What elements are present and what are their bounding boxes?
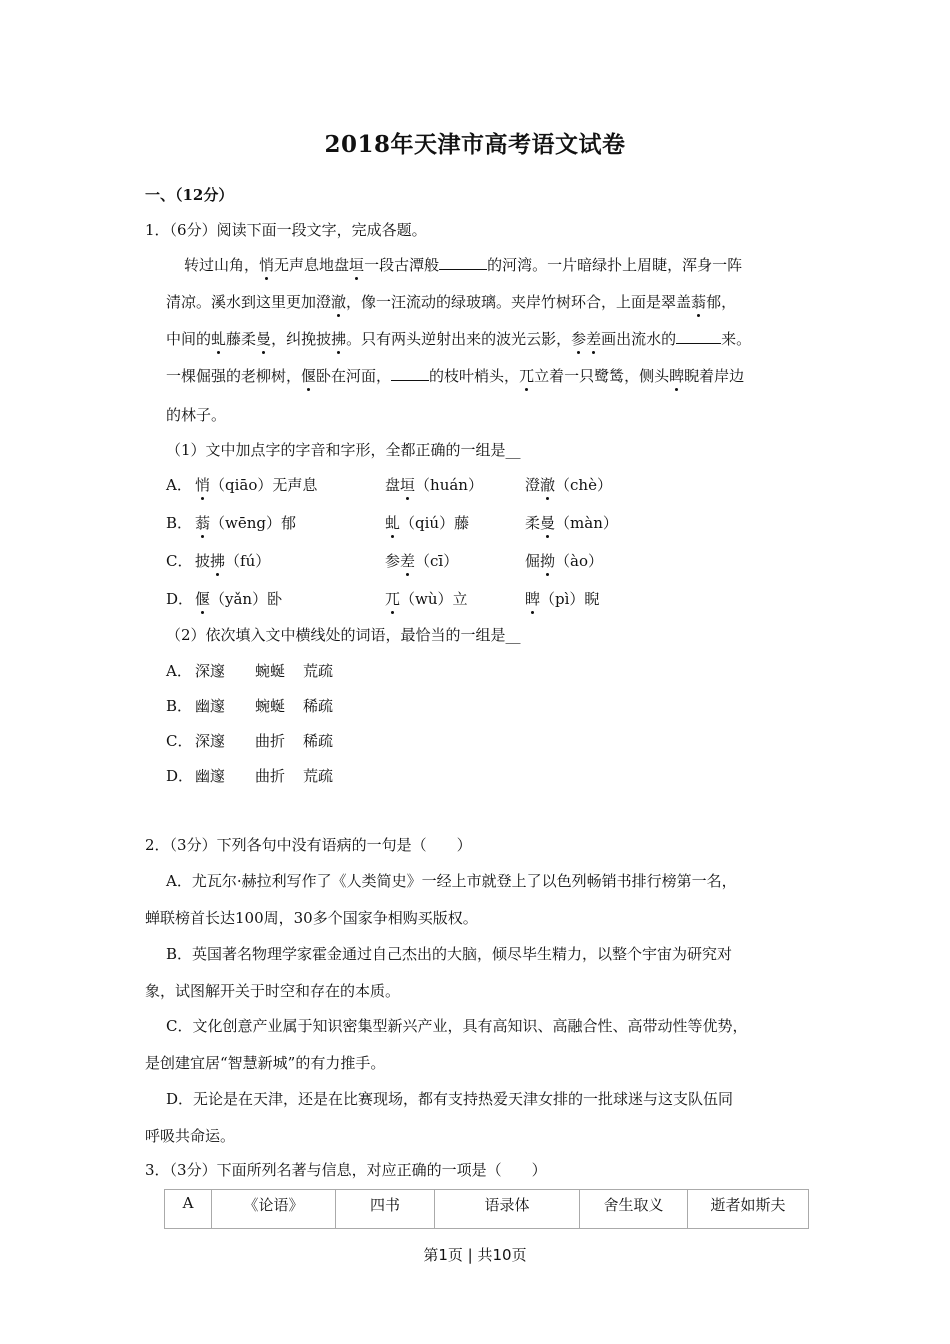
question-1-stem: 1．（6分）阅读下面一段文字，完成各题。 [145,219,427,240]
option-word: 幽邃 [195,695,225,716]
q2-option-b-line1: B．英国著名物理学家霍金通过自己杰出的大脑，倾尽毕生精力，以整个宇宙为研究对 [166,943,732,964]
text: 藤柔 [226,330,256,348]
page-title: 2018年天津市高考语文试卷 [0,126,950,159]
option-item: 睥（pì）睨 [525,588,599,609]
option-letter: A． [166,660,192,681]
dotted-char: 蓊 [691,291,706,312]
q3-table: A 《论语》 四书 语录体 舍生取义 逝者如斯夫 [164,1189,809,1229]
dotted-char: 澈 [331,291,346,312]
dotted-char: 偃 [301,365,316,386]
table-cell: A [165,1190,212,1229]
dotted-char: 曼 [256,328,271,349]
table-cell: 《论语》 [212,1190,336,1229]
option-item: 虬（qiú）藤 [385,512,469,533]
passage-line-4: 一棵倔强的老柳树，偃卧在河面，的枝叶梢头，兀立着一只鹭鸶，侧头睥睨着岸边 [166,365,744,386]
text: ，纠挽披 [271,330,331,348]
option-word: 深邃 [195,660,225,681]
option-word: 深邃 [195,730,225,751]
fill-blank-2 [676,329,721,344]
text: 的枝叶梢头， [429,367,519,385]
text: 睨着岸边 [684,367,744,385]
dotted-char: 拂 [331,328,346,349]
fill-blank-1 [439,255,487,270]
sub-question-2-prompt: （2）依次填入文中横线处的词语，最恰当的一组是__ [166,624,521,645]
option-item: 披拂（fú） [195,550,270,571]
section-heading: 一、（12分） [145,184,233,205]
text: 中间的 [166,330,211,348]
option-item: 盘垣（huán） [385,474,483,495]
dotted-char: 垣 [349,254,364,275]
option-letter: D． [166,765,193,786]
option-item: 悄（qiāo）无声息 [195,474,317,495]
passage-line-2: 清凉。溪水到这里更加澄澈，像一汪流动的绿玻璃。夹岸竹树环合，上面是翠盖蓊郁， [166,291,736,312]
passage-line-5: 的林子。 [166,404,226,425]
dotted-char: 兀 [519,365,534,386]
option-word: 荒疏 [303,660,333,681]
option-word: 蜿蜒 [255,660,285,681]
option-letter: C． [166,550,192,571]
q2-option-c-line1: C．文化创意产业属于知识密集型新兴产业，具有高知识、高融合性、高带动性等优势， [166,1015,747,1036]
text: 一棵倔强的老柳树， [166,367,301,385]
option-word: 稀疏 [303,730,333,751]
option-word: 蜿蜒 [255,695,285,716]
sub-question-1-prompt: （1）文中加点字的字音和字形，全都正确的一组是__ [166,439,521,460]
table-cell: 舍生取义 [580,1190,688,1229]
option-word: 稀疏 [303,695,333,716]
option-item: 澄澈（chè） [525,474,612,495]
dotted-char: 差 [586,328,601,349]
dotted-char: 悄 [259,254,274,275]
table-cell: 语录体 [435,1190,580,1229]
text: 的河湾。一片暗绿扑上眉睫，浑身一阵 [487,256,742,274]
q2-option-d-line2: 呼吸共命运。 [145,1125,235,1146]
q2-option-d-line1: D．无论是在天津，还是在比赛现场，都有支持热爱天津女排的一批球迷与这支队伍同 [166,1088,733,1109]
option-letter: A． [166,474,192,495]
text: 清凉。溪水到这里更加澄 [166,293,331,311]
dotted-char: 参 [571,328,586,349]
option-item: 柔曼（màn） [525,512,618,533]
table-cell: 四书 [336,1190,435,1229]
fill-blank-3 [391,366,429,381]
text: 卧在河面， [316,367,391,385]
text: 转过山角， [184,256,259,274]
option-word: 曲折 [255,730,285,751]
text: 一段古潭般 [364,256,439,274]
page-footer: 第1页 | 共10页 [0,1244,950,1265]
option-item: 兀（wù）立 [385,588,468,609]
option-word: 曲折 [255,765,285,786]
text: 。只有两头逆射出来的波光云影， [346,330,571,348]
option-letter: D． [166,588,193,609]
dotted-char: 虬 [211,328,226,349]
option-word: 幽邃 [195,765,225,786]
passage-line-3: 中间的虬藤柔曼，纠挽披拂。只有两头逆射出来的波光云影，参差画出流水的来。 [166,328,751,349]
text: 郁， [706,293,736,311]
text: 立着一只鹭鸶，侧头 [534,367,669,385]
option-item: 蓊（wēng）郁 [195,512,296,533]
option-item: 倔拗（ào） [525,550,603,571]
text: 来。 [721,330,751,348]
table-cell: 逝者如斯夫 [688,1190,809,1229]
q2-option-a-line1: A．尤瓦尔·赫拉利写作了《人类简史》一经上市就登上了以色列畅销书排行榜第一名， [166,870,737,891]
question-2-stem: 2．（3分）下列各句中没有语病的一句是（ ） [145,834,472,855]
passage-line-1: 转过山角，悄无声息地盘垣一段古潭般的河湾。一片暗绿扑上眉睫，浑身一阵 [184,254,742,275]
dotted-char: 睥 [669,365,684,386]
question-3-stem: 3．（3分）下面所列名著与信息，对应正确的一项是（ ） [145,1159,547,1180]
q2-option-a-line2: 蝉联榜首长达100周，30多个国家争相购买版权。 [145,907,478,928]
option-item: 偃（yǎn）卧 [195,588,282,609]
option-letter: B． [166,512,192,533]
text: ，像一汪流动的绿玻璃。夹岸竹树环合，上面是翠盖 [346,293,691,311]
q2-option-b-line2: 象，试图解开关于时空和存在的本质。 [145,980,400,1001]
option-letter: C． [166,730,192,751]
option-word: 荒疏 [303,765,333,786]
option-letter: B． [166,695,192,716]
text: 无声息地盘 [274,256,349,274]
table-row: A 《论语》 四书 语录体 舍生取义 逝者如斯夫 [165,1190,809,1229]
option-item: 参差（cī） [385,550,458,571]
text: 画出流水的 [601,330,676,348]
q2-option-c-line2: 是创建宜居“智慧新城”的有力推手。 [145,1052,385,1073]
